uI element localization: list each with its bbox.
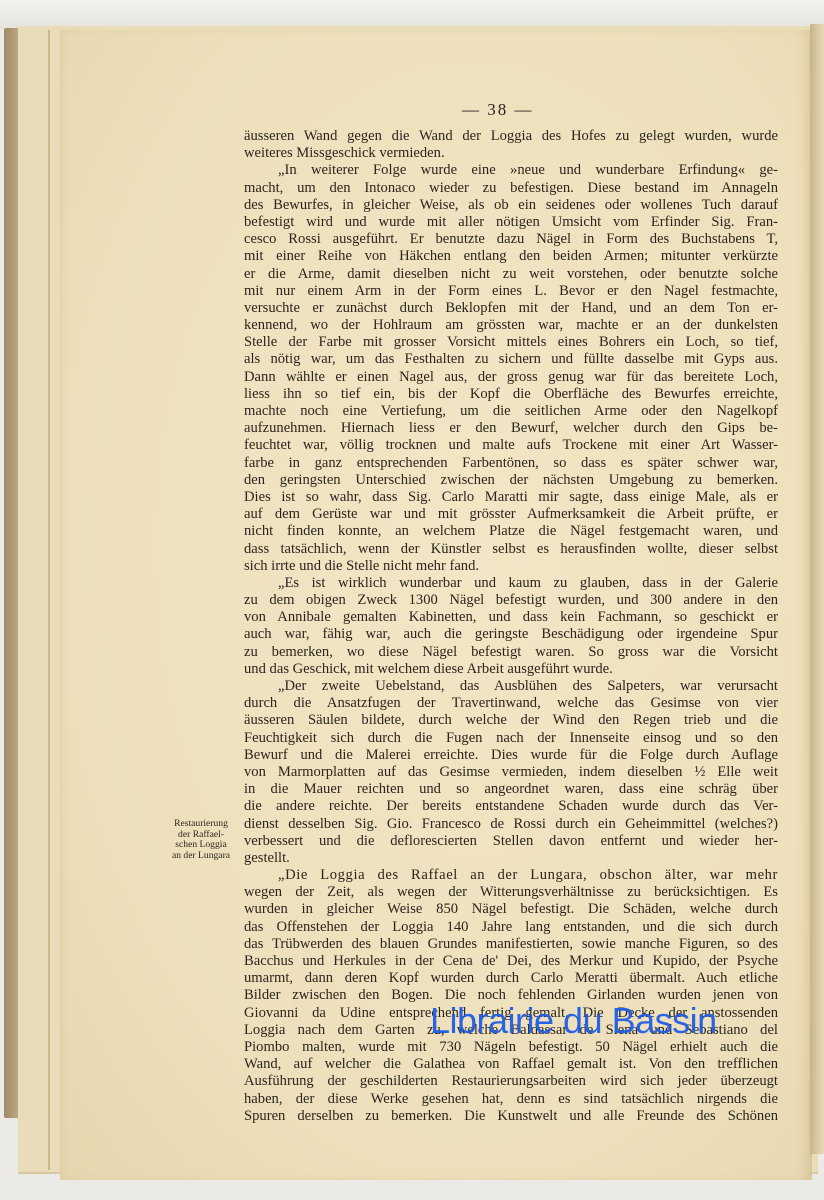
text-line: Wand, auf welcher die Galathea von Raffa… [244, 1056, 778, 1073]
text-line: von Annibale gemalten Kabinetten, und da… [244, 609, 778, 626]
text-line: das Trübwerden des blauen Grundes manife… [244, 936, 778, 953]
page-number: — 38 — [462, 100, 534, 120]
text-line: äusseren Säulen bildete, durch welche de… [244, 712, 778, 729]
text-line: Stelle der Farbe mit grosser Vorsicht mi… [244, 334, 778, 351]
text-line: wegen der Zeit, als wegen der Witterungs… [244, 884, 778, 901]
text-line: das Offenstehen der Loggia 140 Jahre lan… [244, 919, 778, 936]
text-line: Bacchus und Herkules in der Cena de' Dei… [244, 953, 778, 970]
text-line: des Bewurfes, in gleicher Weise, als ob … [244, 197, 778, 214]
text-line: den geringsten Unterschied zwischen der … [244, 472, 778, 489]
text-line: feuchtet war, völlig trocknen und malte … [244, 437, 778, 454]
text-line: Dann wählte er einen Nagel aus, der gros… [244, 369, 778, 386]
text-line: dass tatsächlich, wenn der Künstler selb… [244, 541, 778, 558]
text-line: gestellt. [244, 850, 778, 867]
text-line: haben, der diese Werke gesehen hat, denn… [244, 1091, 778, 1108]
text-line: Spuren derselben zu bemerken. Die Kunstw… [244, 1108, 778, 1125]
watermark: Librairie du Bassin [430, 1000, 717, 1042]
text-line: kennend, wo der Hohlraum am grössten war… [244, 317, 778, 334]
text-line: er die Arme, damit dieselben nicht zu we… [244, 266, 778, 283]
text-line: befestigt wird und wurde mit aller nötig… [244, 214, 778, 231]
text-line: „In weiterer Folge wurde eine »neue und … [244, 162, 778, 179]
text-line: von Marmorplatten auf das Gesimse vermie… [244, 764, 778, 781]
text-line: macht, um den Intonaco wieder zu befesti… [244, 180, 778, 197]
text-line: die andere reichte. Der bereits entstand… [244, 798, 778, 815]
text-line: zu dem obigen Zweck 1300 Nägel befestigt… [244, 592, 778, 609]
text-line: durch die Ansatzfugen der Travertinwand,… [244, 695, 778, 712]
text-line: und das Geschick, mit welchem diese Arbe… [244, 661, 778, 678]
text-line: auch war, fähig war, auch die geringste … [244, 626, 778, 643]
page-fold-line [48, 30, 50, 1170]
text-line: auf dem Gerüste war und mit grösster Auf… [244, 506, 778, 523]
margin-note-line: an der Lungara [160, 851, 242, 862]
text-line: „Es ist wirklich wunderbar und kaum zu g… [244, 575, 778, 592]
text-line: machte noch eine Vertiefung, um die seit… [244, 403, 778, 420]
text-line: „Die Loggia des Raffael an der Lungara, … [244, 867, 778, 884]
text-line: farbe in ganz entsprechenden Farbentönen… [244, 455, 778, 472]
margin-note: Restaurierung der Raffael- schen Loggia … [160, 819, 242, 861]
text-line: cesco Rossi ausgeführt. Er benutzte dazu… [244, 231, 778, 248]
text-line: als nötig war, um das Festhalten zu sich… [244, 351, 778, 368]
margin-note-line: Restaurierung [160, 819, 242, 830]
text-line: mit nur einem Arm in der Form eines L. B… [244, 283, 778, 300]
text-line: zu bemerken, wo diese Nägel befestigt wa… [244, 644, 778, 661]
text-line: äusseren Wand gegen die Wand der Loggia … [244, 128, 778, 145]
text-line: umarmt, dann deren Kopf wurden durch Car… [244, 970, 778, 987]
text-line: „Der zweite Uebelstand, das Ausblühen de… [244, 678, 778, 695]
text-line: dienst desselben Sig. Gio. Francesco de … [244, 816, 778, 833]
text-line: aufzunehmen. Hiernach liess er den Bewur… [244, 420, 778, 437]
text-line: mit einer Reihe von Häkchen entlang den … [244, 248, 778, 265]
text-line: nicht finden konnte, an welchem Platze d… [244, 523, 778, 540]
text-line: sich irrte und die Stelle nicht mehr fan… [244, 558, 778, 575]
text-line: weiteres Missgeschick vermieden. [244, 145, 778, 162]
body-text: äusseren Wand gegen die Wand der Loggia … [244, 128, 778, 1125]
text-line: liess ihn so tief ein, bis der Kopf die … [244, 386, 778, 403]
text-line: versuchte er zunächst durch Beklopfen mi… [244, 300, 778, 317]
text-line: in die Mauer reichten und so angeordnet … [244, 781, 778, 798]
text-line: Ausführung der geschilderten Restaurieru… [244, 1073, 778, 1090]
text-line: Feuchtigkeit sich durch die Fugen nach d… [244, 730, 778, 747]
text-line: Bewurf und die Malerei erreichte. Dies w… [244, 747, 778, 764]
text-line: wurden in gleicher Weise 850 Nägel befes… [244, 901, 778, 918]
next-page-edge [810, 24, 824, 1154]
text-line: Dies ist so wahr, dass Sig. Carlo Maratt… [244, 489, 778, 506]
text-line: verbessert und die deflorescierten Stell… [244, 833, 778, 850]
